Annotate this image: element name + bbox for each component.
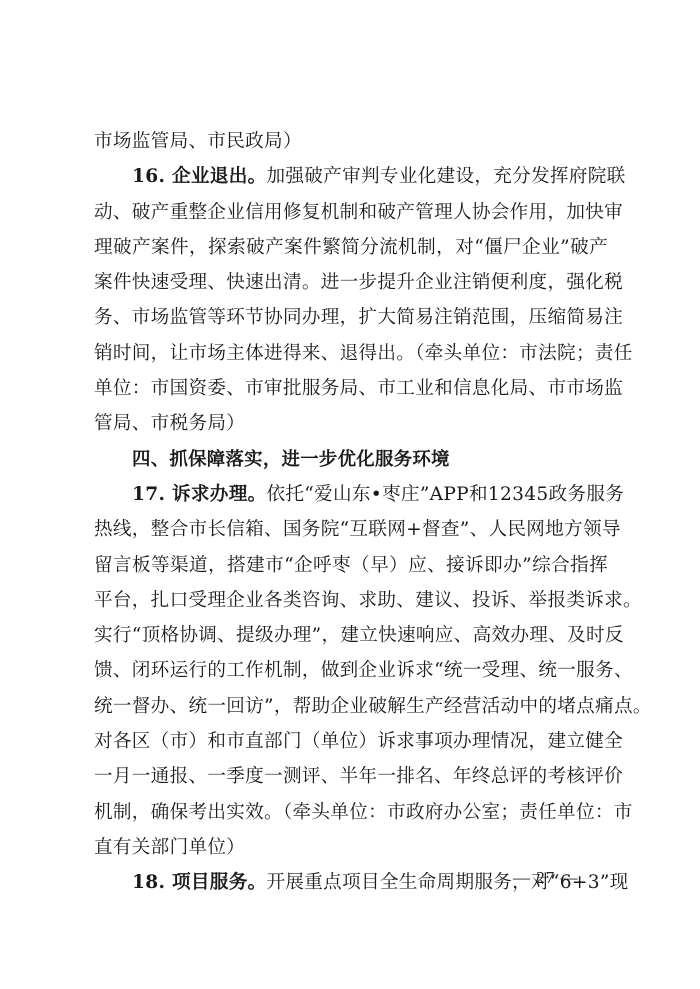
text-line: 理破产案件，探索破产案件繁简分流机制，对“僵尸企业”破产 [94,230,608,265]
text-line: 热线，整合市长信箱、国务院“互联网+督查”、人民网地方领导 [94,512,608,547]
text-line: 实行“顶格协调、提级办理”，建立快速响应、高效办理、及时反 [94,618,608,653]
line-text: 动、破产重整企业信用修复机制和破产管理人协会作用，加快审 [94,202,623,223]
line-text: 馈、闭环运行的工作机制，做到企业诉求“统一受理、统一服务、 [94,660,633,681]
line-text: 机制，确保考出实效。（牵头单位：市政府办公室；责任单位：市 [94,802,633,823]
line-text: 单位：市国资委、市审批服务局、市工业和信息化局、市市场监 [94,378,623,399]
text-line: 动、破产重整企业信用修复机制和破产管理人协会作用，加快审 [94,195,608,230]
page-number: — 27 — [513,868,579,888]
line-text: 销时间，让市场主体进得来、退得出。（牵头单位：市法院；责任 [94,343,633,364]
item-title: 17. 诉求办理。 [132,484,267,505]
line-text: 留言板等渠道，搭建市“企呼枣（早）应、接诉即办”综合指挥 [94,555,608,576]
line-text: 实行“顶格协调、提级办理”，建立快速响应、高效办理、及时反 [94,625,624,646]
text-line: 直有关部门单位） [94,830,608,865]
text-line: 务、市场监管等环节协同办理，扩大简易注销范围，压缩简易注 [94,300,608,335]
line-text: 平台，扎口受理企业各类咨询、求助、建议、投诉、举报类诉求。 [94,590,642,611]
text-line: 17. 诉求办理。依托“爱山东•枣庄”APP和12345政务服务 [94,477,608,512]
text-line: 统一督办、统一回访”，帮助企业破解生产经营活动中的堵点痛点。 [94,689,608,724]
line-text: 对各区（市）和市直部门（单位）诉求事项办理情况，建立健全 [94,731,623,752]
text-line: 销时间，让市场主体进得来、退得出。（牵头单位：市法院；责任 [94,336,608,371]
text-line: 一月一通报、一季度一测评、半年一排名、年终总评的考核评价 [94,759,608,794]
text-line: 机制，确保考出实效。（牵头单位：市政府办公室；责任单位：市 [94,795,608,830]
line-text: 理破产案件，探索破产案件繁简分流机制，对“僵尸企业”破产 [94,237,608,258]
heading-text: 四、抓保障落实，进一步优化服务环境 [132,449,450,470]
line-text: 统一督办、统一回访”，帮助企业破解生产经营活动中的堵点痛点。 [94,696,652,717]
text-line: 案件快速受理、快速出清。进一步提升企业注销便利度，强化税 [94,265,608,300]
line-text: 务、市场监管等环节协同办理，扩大简易注销范围，压缩简易注 [94,307,623,328]
section-heading: 四、抓保障落实，进一步优化服务环境 [94,442,608,477]
item-title: 16. 企业退出。 [132,166,267,187]
line-text: 热线，整合市长信箱、国务院“互联网+督查”、人民网地方领导 [94,519,621,540]
text-line: 留言板等渠道，搭建市“企呼枣（早）应、接诉即办”综合指挥 [94,548,608,583]
line-text: 依托“爱山东•枣庄”APP和12345政务服务 [267,484,625,505]
line-text: 案件快速受理、快速出清。进一步提升企业注销便利度，强化税 [94,272,623,293]
line-text: 一月一通报、一季度一测评、半年一排名、年终总评的考核评价 [94,766,623,787]
text-line: 单位：市国资委、市审批服务局、市工业和信息化局、市市场监 [94,371,608,406]
text-line: 市场监管局、市民政局） [94,124,608,159]
item-title: 18. 项目服务。 [132,872,267,893]
text-line: 管局、市税务局） [94,406,608,441]
line-text: 加强破产审判专业化建设，充分发挥府院联 [267,166,626,187]
document-page: 市场监管局、市民政局）16. 企业退出。加强破产审判专业化建设，充分发挥府院联动… [0,0,700,989]
line-text: 管局、市税务局） [94,413,245,434]
text-line: 16. 企业退出。加强破产审判专业化建设，充分发挥府院联 [94,159,608,194]
body-text: 市场监管局、市民政局）16. 企业退出。加强破产审判专业化建设，充分发挥府院联动… [94,124,608,901]
text-line: 对各区（市）和市直部门（单位）诉求事项办理情况，建立健全 [94,724,608,759]
line-text: 直有关部门单位） [94,837,245,858]
text-line: 平台，扎口受理企业各类咨询、求助、建议、投诉、举报类诉求。 [94,583,608,618]
line-text: 市场监管局、市民政局） [94,131,302,152]
text-line: 馈、闭环运行的工作机制，做到企业诉求“统一受理、统一服务、 [94,653,608,688]
